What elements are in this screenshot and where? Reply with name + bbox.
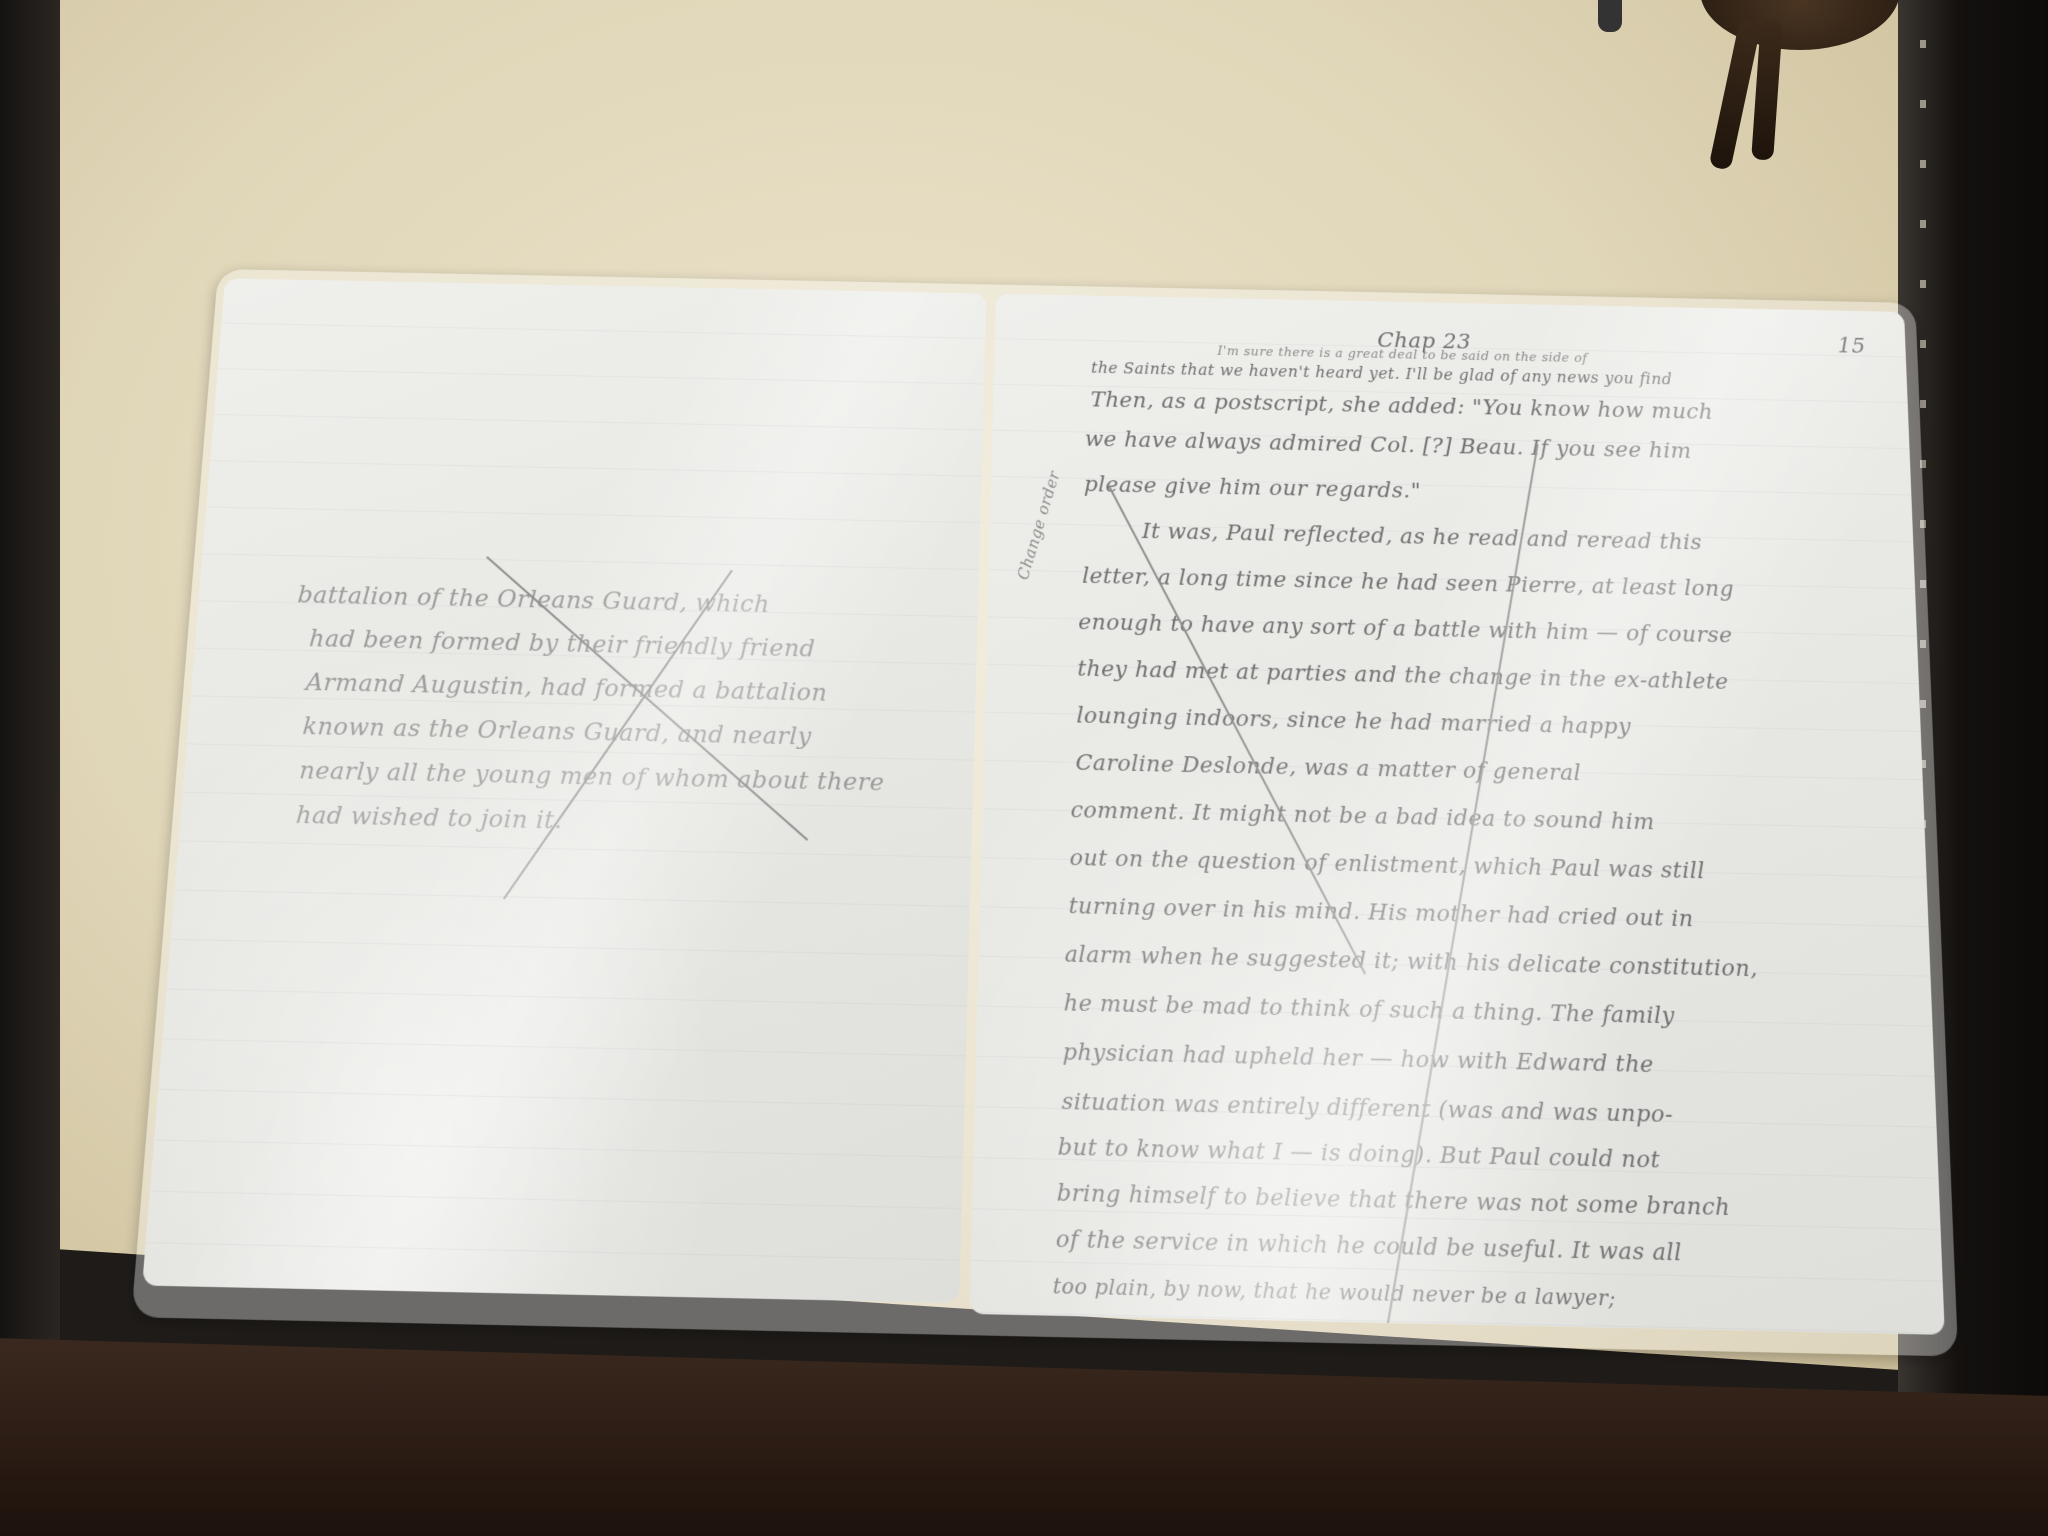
left-line: known as the Orleans Guard, and nearly — [302, 712, 812, 750]
manuscript-line: turning over in his mind. His mother had… — [1068, 894, 1693, 932]
manuscript-line: but to know what I — is doing). But Paul… — [1057, 1135, 1660, 1174]
cross-out-stroke — [486, 556, 808, 841]
interlinear-note: I'm sure there is a great deal to be sai… — [1217, 344, 1587, 365]
manuscript-line: situation was entirely different (was an… — [1061, 1089, 1673, 1128]
left-line: battalion of the Orleans Guard, which — [297, 581, 771, 618]
manuscript-line: alarm when he suggested it; with his del… — [1064, 942, 1758, 982]
cross-out-stroke — [1386, 444, 1539, 1330]
manuscript-line: please give him our regards." — [1084, 473, 1421, 504]
left-page: battalion of the Orleans Guard, which ha… — [142, 278, 986, 1303]
manuscript-line: he must be mad to think of such a thing.… — [1063, 991, 1675, 1029]
manuscript-line: they had met at parties and the change i… — [1077, 657, 1729, 695]
left-line: had been formed by their friendly friend — [308, 625, 816, 663]
manuscript-line: Caroline Deslonde, was a matter of gener… — [1075, 751, 1581, 786]
cross-out-stroke — [1107, 483, 1366, 974]
left-line: had wished to join it. — [295, 801, 563, 834]
wooden-ledge — [0, 1330, 2048, 1536]
horse-figurine-icon — [1700, 0, 1880, 180]
manuscript-line: bring himself to believe that there was … — [1057, 1181, 1731, 1222]
figurine-leg — [1598, 0, 1622, 32]
cross-out-stroke — [503, 570, 733, 900]
margin-note: Change order — [1013, 469, 1063, 582]
manuscript-line: It was, Paul reflected, as he read and r… — [1142, 520, 1703, 555]
manuscript-line: lounging indoors, since he had married a… — [1076, 704, 1631, 740]
left-shadow — [0, 0, 60, 1536]
page-number: 15 — [1837, 335, 1866, 359]
right-page: Chap 23 15 I'm sure there is a great dea… — [969, 294, 1945, 1335]
manuscript-line: physician had upheld her — how with Edwa… — [1062, 1040, 1654, 1078]
photo-scene: battalion of the Orleans Guard, which ha… — [0, 0, 2048, 1536]
chapter-header: Chap 23 — [1377, 329, 1471, 354]
left-line: nearly all the young men of whom about t… — [298, 757, 884, 797]
manuscript-line: out on the question of enlistment, which… — [1069, 846, 1705, 884]
manuscript-line: Then, as a postscript, she added: "You k… — [1090, 389, 1713, 425]
manuscript-line: we have always admired Col. [?] Beau. If… — [1085, 428, 1692, 464]
manuscript-line: enough to have any sort of a battle with… — [1078, 611, 1733, 649]
manuscript-line: too plain, by now, that he would never b… — [1053, 1273, 1616, 1311]
plastic-sleeve: battalion of the Orleans Guard, which ha… — [131, 269, 1958, 1357]
left-line: Armand Augustin, had formed a battalion — [305, 668, 828, 706]
manuscript-line: comment. It might not be a bad idea to s… — [1070, 798, 1655, 835]
manuscript-line: letter, a long time since he had seen Pi… — [1082, 565, 1734, 602]
manuscript-line: the Saints that we haven't heard yet. I'… — [1091, 359, 1672, 388]
manuscript-line: of the service in which he could be usef… — [1056, 1227, 1683, 1267]
